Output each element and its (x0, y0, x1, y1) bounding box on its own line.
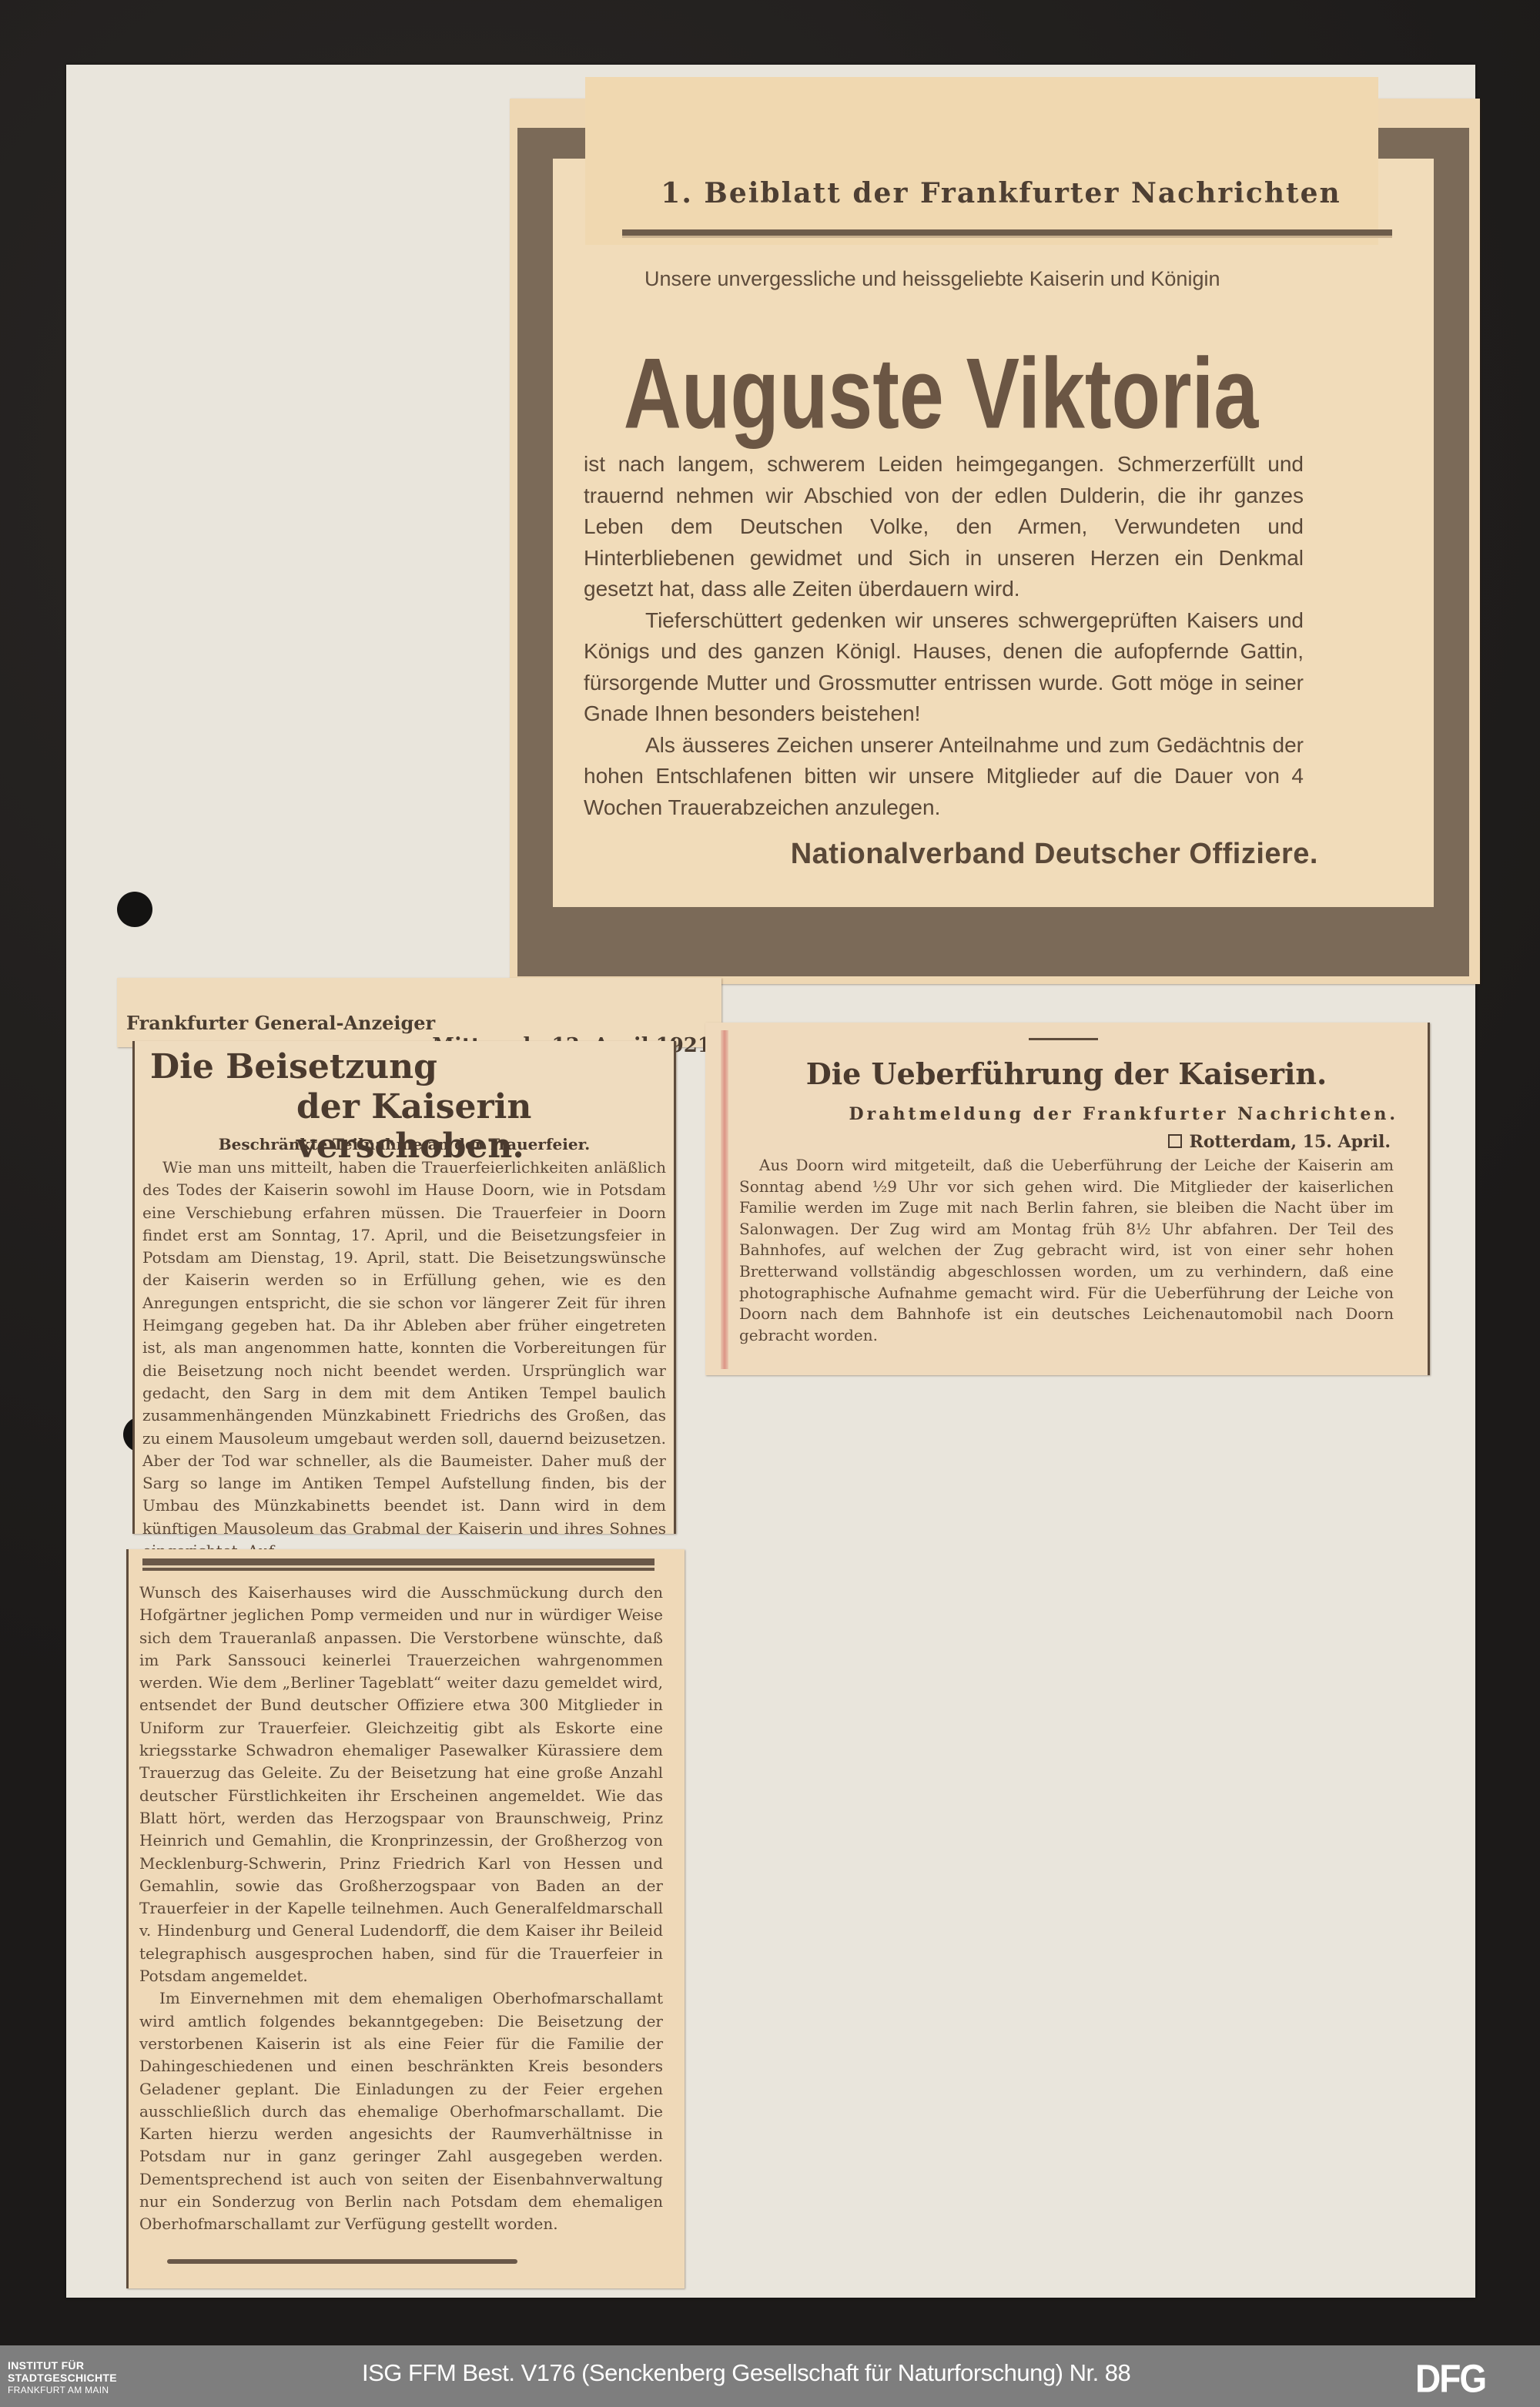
obituary-paragraph: ist nach langem, schwerem Leiden heimgeg… (584, 449, 1304, 605)
burial-article-continuation: Wunsch des Kaiserhauses wird die Ausschm… (126, 1549, 685, 2288)
article-paragraph: Wunsch des Kaiserhauses wird die Ausschm… (139, 1582, 663, 1987)
general-anzeiger-masthead: Frankfurter General-Anzeiger Mittwoch, 1… (117, 978, 721, 1047)
obituary-paragraph: Als äusseres Zeichen unserer Anteilnahme… (584, 730, 1304, 824)
square-icon (1168, 1134, 1182, 1148)
archive-footer: INSTITUT FÜR STADTGESCHICHTE FRANKFURT A… (0, 2345, 1540, 2407)
dfg-logo: DFG (1415, 2355, 1485, 2401)
headline-line1: Die Beisetzung (150, 1047, 437, 1086)
obituary-paragraph: Tieferschüttert gedenken wir unseres sch… (584, 605, 1304, 730)
institution-logo: INSTITUT FÜR STADTGESCHICHTE FRANKFURT A… (8, 2359, 117, 2396)
column-rule (142, 1558, 654, 1568)
dateline: Rotterdam, 15. April. (705, 1132, 1391, 1152)
article-paragraph: Aus Doorn wird mitgeteilt, daß die Ueber… (739, 1155, 1394, 1346)
article-paragraph: Im Einvernehmen mit dem ehemaligen Oberh… (139, 1987, 663, 2235)
paper-title: 1. Beiblatt der Frankfurter Nachrichten (616, 177, 1386, 209)
obituary-intro: Unsere unvergessliche und heissgeliebte … (583, 260, 1276, 297)
transfer-article: Die Ueberführung der Kaiserin. Drahtmeld… (705, 1023, 1430, 1375)
article-title: Die Ueberführung der Kaiserin. (705, 1056, 1428, 1091)
header-patch: 1. Beiblatt der Frankfurter Nachrichten (585, 77, 1378, 245)
end-rule (167, 2259, 517, 2264)
obituary-signature: Nationalverband Deutscher Offiziere. (625, 838, 1318, 871)
headline-line2: der Kaiserin verschoben. (296, 1087, 674, 1166)
subheadline: Beschränkte Teilnahme an der Trauerfeier… (135, 1135, 674, 1153)
article-text: Wie man uns mitteilt, haben die Trauerfe… (142, 1157, 666, 1562)
separator-rule (1029, 1038, 1098, 1040)
byline: Drahtmeldung der Frankfurter Nachrichten… (705, 1104, 1398, 1124)
obituary-name: Auguste Viktoria (556, 337, 1326, 452)
punch-hole-upper (117, 892, 152, 927)
burial-postponed-article: Die Beisetzung der Kaiserin verschoben. … (132, 1041, 676, 1534)
article-text: Wunsch des Kaiserhauses wird die Ausschm… (139, 1582, 663, 2236)
header-rule (622, 229, 1392, 238)
shelfmark-caption: ISG FFM Best. V176 (Senckenberg Gesellsc… (362, 2359, 1130, 2387)
article-text: Aus Doorn wird mitgeteilt, daß die Ueber… (739, 1155, 1394, 1346)
obituary-body: ist nach langem, schwerem Leiden heimgeg… (584, 449, 1304, 823)
masthead-title: Frankfurter General-Anzeiger (126, 1012, 435, 1034)
obituary-clipping: 1. Beiblatt der Frankfurter Nachrichten … (510, 99, 1480, 984)
article-paragraph: Wie man uns mitteilt, haben die Trauerfe… (142, 1157, 666, 1562)
